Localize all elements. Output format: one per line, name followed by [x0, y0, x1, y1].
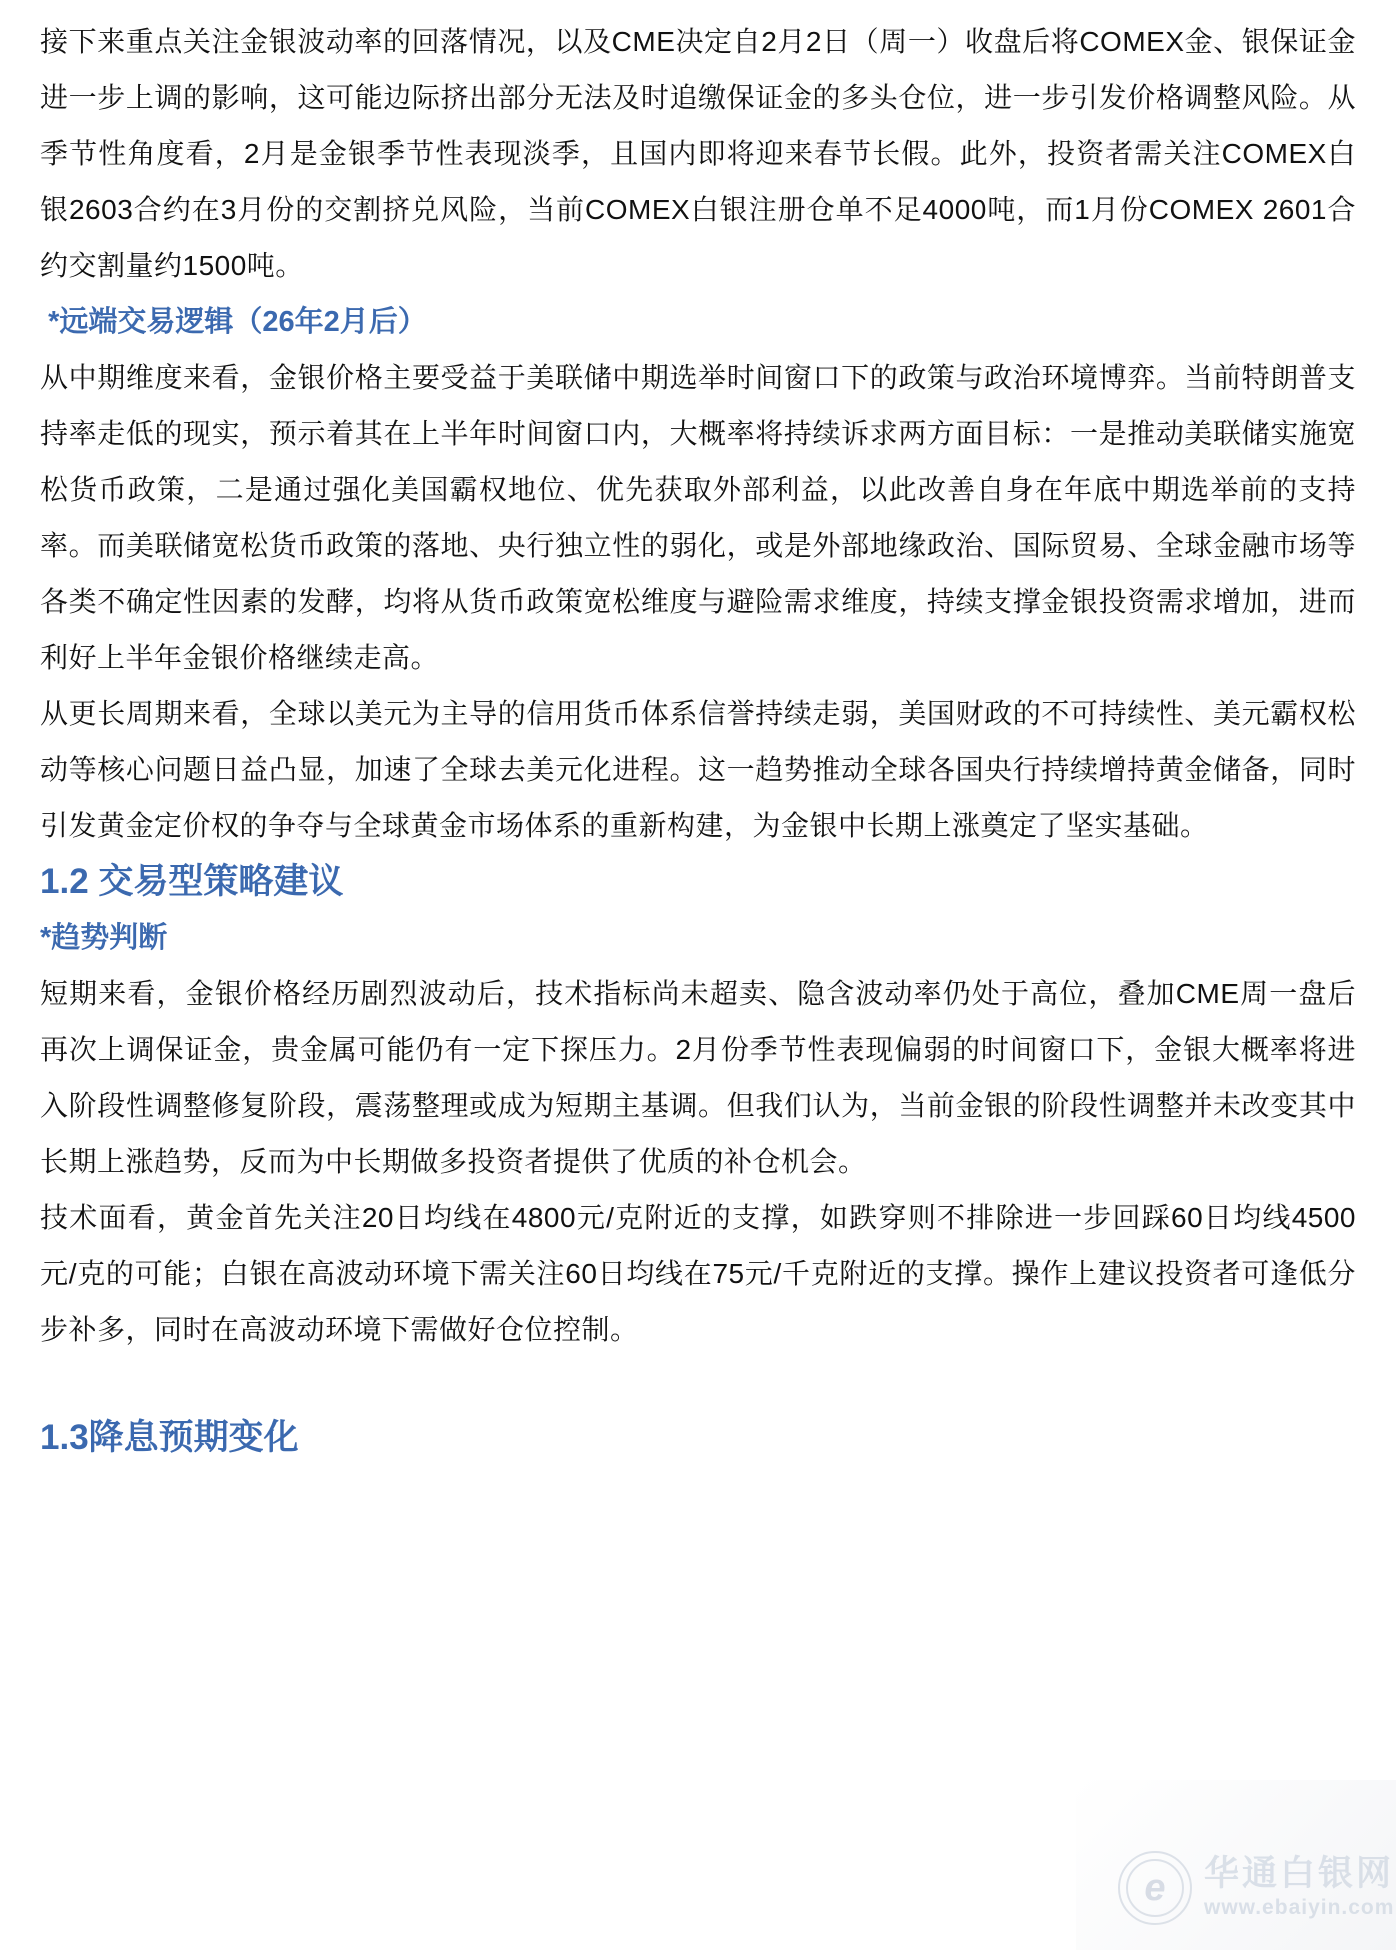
- site-logo-letter: e: [1144, 1869, 1165, 1907]
- watermark-site-url: www.ebaiyin.com: [1204, 1894, 1394, 1921]
- subheading-far-end-trading-logic: *远端交易逻辑（26年2月后）: [40, 294, 1356, 350]
- report-page: 接下来重点关注金银波动率的回落情况，以及CME决定自2月2日（周一）收盘后将CO…: [0, 0, 1396, 1950]
- heading-section-1-2: 1.2 交易型策略建议: [40, 854, 1356, 910]
- paragraph-short-term-view: 短期来看，金银价格经历剧烈波动后，技术指标尚未超卖、隐含波动率仍处于高位，叠加C…: [40, 966, 1356, 1190]
- site-watermark: e 华通白银网 www.ebaiyin.com: [1118, 1838, 1388, 1938]
- watermark-site-name: 华通白银网: [1204, 1854, 1394, 1894]
- site-logo-icon: e: [1118, 1851, 1192, 1925]
- subheading-trend-judgement: *趋势判断: [40, 910, 1356, 966]
- paragraph-long-term-view: 从更长周期来看，全球以美元为主导的信用货币体系信誉持续走弱，美国财政的不可持续性…: [40, 686, 1356, 854]
- paragraph-mid-term-view: 从中期维度来看，金银价格主要受益于美联储中期选举时间窗口下的政策与政治环境博弈。…: [40, 350, 1356, 686]
- article-content: 接下来重点关注金银波动率的回落情况，以及CME决定自2月2日（周一）收盘后将CO…: [0, 0, 1396, 1466]
- watermark-text-block: 华通白银网 www.ebaiyin.com: [1204, 1854, 1394, 1922]
- paragraph-volatility-outlook: 接下来重点关注金银波动率的回落情况，以及CME决定自2月2日（周一）收盘后将CO…: [40, 14, 1356, 294]
- paragraph-technical-analysis: 技术面看，黄金首先关注20日均线在4800元/克附近的支撑，如跌穿则不排除进一步…: [40, 1190, 1356, 1358]
- heading-section-1-3: 1.3降息预期变化: [40, 1410, 1356, 1466]
- site-logo-inner-ring: e: [1126, 1859, 1184, 1917]
